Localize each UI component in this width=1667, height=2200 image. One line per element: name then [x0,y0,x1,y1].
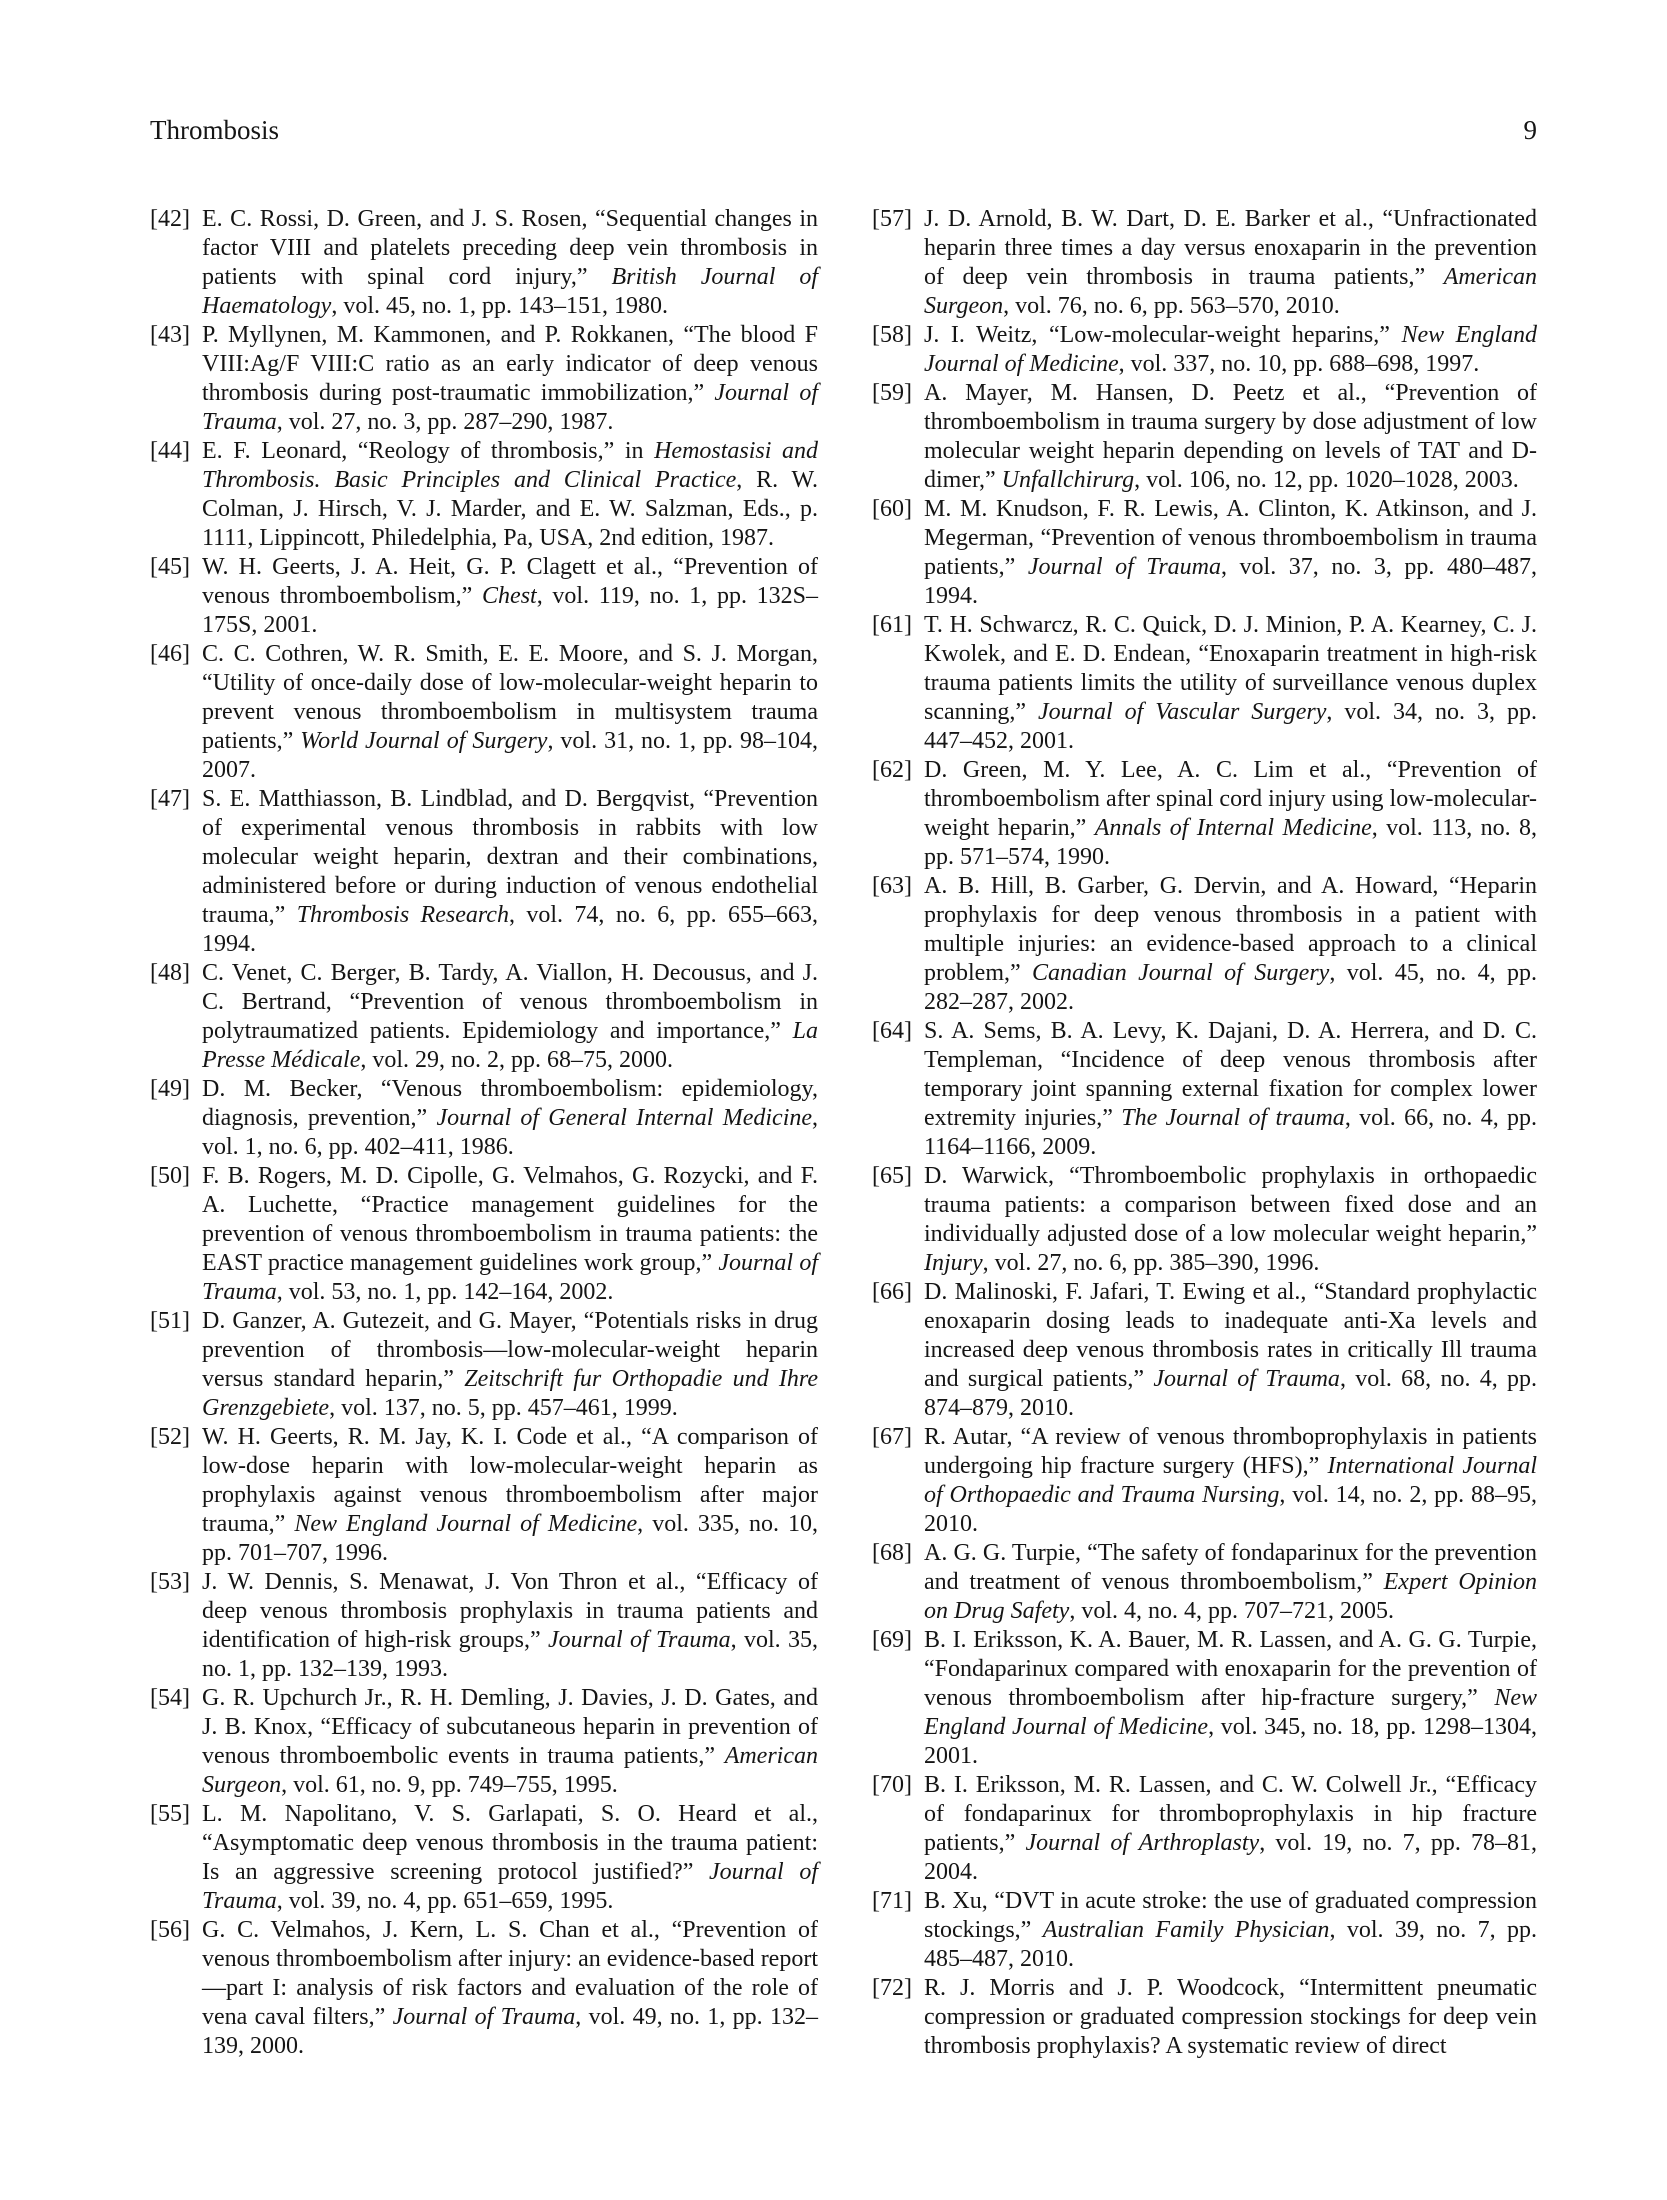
reference-number: [67] [872,1423,912,1452]
reference-item: [49]D. M. Becker, “Venous thromboembolis… [150,1075,818,1162]
reference-number: [46] [150,640,190,669]
reference-number: [48] [150,959,190,988]
reference-number: [47] [150,785,190,814]
reference-number: [72] [872,1974,912,2003]
reference-item: [55]L. M. Napolitano, V. S. Garlapati, S… [150,1800,818,1916]
reference-text: B. I. Eriksson, K. A. Bauer, M. R. Lasse… [924,1627,1537,1769]
reference-text: A. B. Hill, B. Garber, G. Dervin, and A.… [924,873,1537,1015]
reference-text: J. W. Dennis, S. Menawat, J. Von Thron e… [202,1569,818,1682]
reference-number: [70] [872,1771,912,1800]
reference-text: E. C. Rossi, D. Green, and J. S. Rosen, … [202,206,818,319]
reference-text: S. E. Matthiasson, B. Lindblad, and D. B… [202,786,818,957]
reference-number: [57] [872,205,912,234]
reference-item: [63]A. B. Hill, B. Garber, G. Dervin, an… [872,872,1537,1017]
reference-item: [70]B. I. Eriksson, M. R. Lassen, and C.… [872,1771,1537,1887]
reference-text: G. R. Upchurch Jr., R. H. Demling, J. Da… [202,1685,818,1798]
journal-title: Thrombosis [150,114,279,146]
reference-item: [67]R. Autar, “A review of venous thromb… [872,1423,1537,1539]
reference-number: [42] [150,205,190,234]
reference-text: D. Green, M. Y. Lee, A. C. Lim et al., “… [924,757,1537,870]
reference-number: [51] [150,1307,190,1336]
reference-text: A. Mayer, M. Hansen, D. Peetz et al., “P… [924,380,1537,493]
reference-number: [58] [872,321,912,350]
reference-item: [64]S. A. Sems, B. A. Levy, K. Dajani, D… [872,1017,1537,1162]
reference-item: [42]E. C. Rossi, D. Green, and J. S. Ros… [150,205,818,321]
reference-number: [60] [872,495,912,524]
reference-number: [53] [150,1568,190,1597]
reference-text: F. B. Rogers, M. D. Cipolle, G. Velmahos… [202,1163,818,1305]
page-header: Thrombosis 9 [150,114,1537,146]
references-column-left: [42]E. C. Rossi, D. Green, and J. S. Ros… [150,205,818,2061]
reference-text: D. Malinoski, F. Jafari, T. Ewing et al.… [924,1279,1537,1421]
reference-item: [48]C. Venet, C. Berger, B. Tardy, A. Vi… [150,959,818,1075]
reference-number: [65] [872,1162,912,1191]
reference-text: D. Ganzer, A. Gutezeit, and G. Mayer, “P… [202,1308,818,1421]
reference-item: [53]J. W. Dennis, S. Menawat, J. Von Thr… [150,1568,818,1684]
reference-text: D. Warwick, “Thromboembolic prophylaxis … [924,1163,1537,1276]
reference-item: [51]D. Ganzer, A. Gutezeit, and G. Mayer… [150,1307,818,1423]
reference-number: [66] [872,1278,912,1307]
reference-text: P. Myllynen, M. Kammonen, and P. Rokkane… [202,322,818,435]
reference-text: B. Xu, “DVT in acute stroke: the use of … [924,1888,1537,1972]
reference-text: A. G. G. Turpie, “The safety of fondapar… [924,1540,1537,1624]
reference-item: [56]G. C. Velmahos, J. Kern, L. S. Chan … [150,1916,818,2061]
reference-text: C. C. Cothren, W. R. Smith, E. E. Moore,… [202,641,818,783]
reference-item: [62]D. Green, M. Y. Lee, A. C. Lim et al… [872,756,1537,872]
reference-text: W. H. Geerts, R. M. Jay, K. I. Code et a… [202,1424,818,1566]
reference-number: [59] [872,379,912,408]
document-page: Thrombosis 9 [42]E. C. Rossi, D. Green, … [0,0,1667,2200]
reference-number: [68] [872,1539,912,1568]
reference-number: [56] [150,1916,190,1945]
reference-number: [71] [872,1887,912,1916]
reference-item: [72]R. J. Morris and J. P. Woodcock, “In… [872,1974,1537,2061]
reference-item: [58]J. I. Weitz, “Low-molecular-weight h… [872,321,1537,379]
reference-text: L. M. Napolitano, V. S. Garlapati, S. O.… [202,1801,818,1914]
reference-item: [57]J. D. Arnold, B. W. Dart, D. E. Bark… [872,205,1537,321]
reference-item: [60]M. M. Knudson, F. R. Lewis, A. Clint… [872,495,1537,611]
reference-item: [45]W. H. Geerts, J. A. Heit, G. P. Clag… [150,553,818,640]
reference-item: [54]G. R. Upchurch Jr., R. H. Demling, J… [150,1684,818,1800]
reference-number: [52] [150,1423,190,1452]
reference-text: J. I. Weitz, “Low-molecular-weight hepar… [924,322,1537,377]
reference-text: G. C. Velmahos, J. Kern, L. S. Chan et a… [202,1917,818,2059]
reference-item: [46]C. C. Cothren, W. R. Smith, E. E. Mo… [150,640,818,785]
reference-item: [65]D. Warwick, “Thromboembolic prophyla… [872,1162,1537,1278]
reference-item: [61]T. H. Schwarcz, R. C. Quick, D. J. M… [872,611,1537,756]
reference-item: [47]S. E. Matthiasson, B. Lindblad, and … [150,785,818,959]
reference-number: [55] [150,1800,190,1829]
page-number: 9 [1524,114,1538,146]
reference-item: [66]D. Malinoski, F. Jafari, T. Ewing et… [872,1278,1537,1423]
reference-text: R. Autar, “A review of venous thrombopro… [924,1424,1537,1537]
reference-text: M. M. Knudson, F. R. Lewis, A. Clinton, … [924,496,1537,609]
reference-number: [69] [872,1626,912,1655]
reference-item: [59]A. Mayer, M. Hansen, D. Peetz et al.… [872,379,1537,495]
reference-text: D. M. Becker, “Venous thromboembolism: e… [202,1076,818,1160]
reference-item: [44]E. F. Leonard, “Reology of thrombosi… [150,437,818,553]
reference-number: [62] [872,756,912,785]
reference-item: [50]F. B. Rogers, M. D. Cipolle, G. Velm… [150,1162,818,1307]
reference-text: S. A. Sems, B. A. Levy, K. Dajani, D. A.… [924,1018,1537,1160]
reference-text: T. H. Schwarcz, R. C. Quick, D. J. Minio… [924,612,1537,754]
reference-item: [52]W. H. Geerts, R. M. Jay, K. I. Code … [150,1423,818,1568]
reference-item: [43]P. Myllynen, M. Kammonen, and P. Rok… [150,321,818,437]
reference-text: R. J. Morris and J. P. Woodcock, “Interm… [924,1975,1537,2059]
reference-number: [54] [150,1684,190,1713]
reference-number: [63] [872,872,912,901]
reference-number: [64] [872,1017,912,1046]
reference-number: [45] [150,553,190,582]
reference-item: [69]B. I. Eriksson, K. A. Bauer, M. R. L… [872,1626,1537,1771]
reference-number: [49] [150,1075,190,1104]
reference-number: [50] [150,1162,190,1191]
reference-text: B. I. Eriksson, M. R. Lassen, and C. W. … [924,1772,1537,1885]
reference-number: [61] [872,611,912,640]
reference-number: [43] [150,321,190,350]
reference-number: [44] [150,437,190,466]
reference-text: C. Venet, C. Berger, B. Tardy, A. Viallo… [202,960,818,1073]
reference-item: [71]B. Xu, “DVT in acute stroke: the use… [872,1887,1537,1974]
references-column-right: [57]J. D. Arnold, B. W. Dart, D. E. Bark… [872,205,1537,2061]
reference-text: E. F. Leonard, “Reology of thrombosis,” … [202,438,818,551]
reference-text: W. H. Geerts, J. A. Heit, G. P. Clagett … [202,554,818,638]
reference-item: [68]A. G. G. Turpie, “The safety of fond… [872,1539,1537,1626]
reference-text: J. D. Arnold, B. W. Dart, D. E. Barker e… [924,206,1537,319]
